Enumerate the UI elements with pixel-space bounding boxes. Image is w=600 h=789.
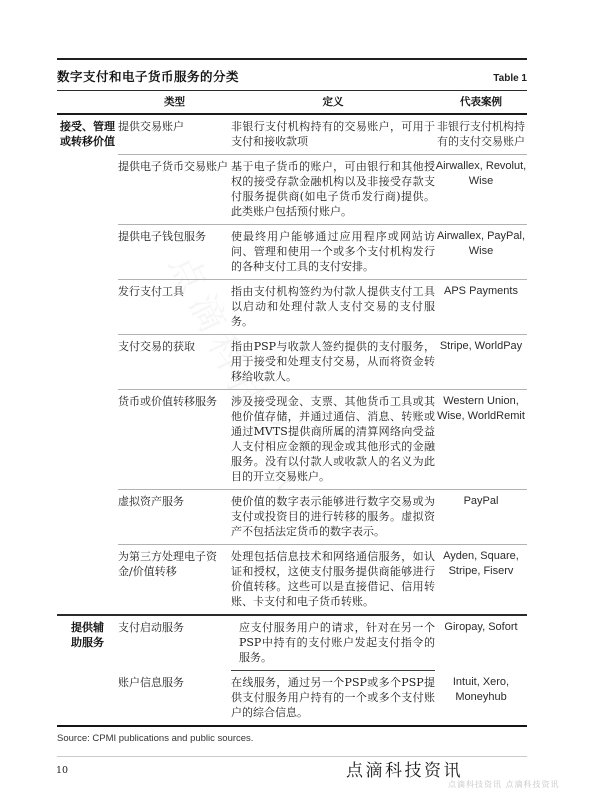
definition-cell: 使价值的数字表示能够进行数字交易或为支付或投资目的进行转移的服务。虚拟资产不包括… [231,490,435,545]
type-cell: 提供电子货币交易账户 [118,155,231,225]
document-title: 数字支付和电子货币服务的分类 [57,67,239,85]
group-label: 接受、管理或转移价值 [59,119,116,149]
group-label: 提供辅助服务 [66,620,109,650]
table-header-row: 类型 定义 代表案例 [57,91,527,115]
header-examples: 代表案例 [435,91,527,115]
table-row: 提供电子货币交易账户 基于电子货币的账户，可由银行和其他授权的接受存款金融机构以… [57,155,527,225]
type-cell: 为第三方处理电子资金/价值转移 [118,545,231,616]
examples-cell: APS Payments [435,280,527,335]
header-spacer-cell [57,91,118,115]
type-cell: 提供交易账户 [118,114,231,155]
header-type: 类型 [118,91,231,115]
classification-table: 类型 定义 代表案例 接受、管理或转移价值 提供交易账户 非银行支付机构持有的交… [57,90,527,727]
footer-watermark: 点滴科技资讯 点滴科技资讯 [448,779,600,789]
definition-cell: 在线服务，通过另一个PSP或多个PSP提供支付服务用户持有的一个或多个支付账户的… [231,671,435,727]
document-page: 点滴科技资讯 数字支付和电子货币服务的分类 Table 1 类型 定义 代表案例 [0,0,600,789]
table-row: 接受、管理或转移价值 提供交易账户 非银行支付机构持有的交易账户，可用于支付和接… [57,114,527,155]
table-row: 账户信息服务 在线服务，通过另一个PSP或多个PSP提供支付服务用户持有的一个或… [57,671,527,727]
examples-cell: Airwallex, PayPal, Wise [435,225,527,280]
type-cell: 账户信息服务 [118,671,231,727]
type-cell: 提供电子钱包服务 [118,225,231,280]
table-row: 发行支付工具 指由支付机构签约为付款人提供支付工具以启动和处理付款人支付交易的支… [57,280,527,335]
group-header-cell: 接受、管理或转移价值 [57,114,118,615]
table-number-label: Table 1 [493,73,527,84]
page-content: 数字支付和电子货币服务的分类 Table 1 类型 定义 代表案例 接受、管理或… [57,58,527,757]
table-row: 虚拟资产服务 使价值的数字表示能够进行数字交易或为支付或投资目的进行转移的服务。… [57,490,527,545]
source-note: Source: CPMI publications and public sou… [57,727,527,756]
table-row: 提供电子钱包服务 使最终用户能够通过应用程序或网站访问、管理和使用一个或多个支付… [57,225,527,280]
group-header-cell: 提供辅助服务 [57,615,118,726]
definition-cell: 指由支付机构签约为付款人提供支付工具以启动和处理付款人支付交易的支付服务。 [231,280,435,335]
examples-cell: Intuit, Xero, Moneyhub [435,671,527,727]
definition-cell: 指由PSP与收款人签约提供的支付服务，用于接受和处理支付交易，从而将资金转移给收… [231,335,435,390]
type-cell: 支付启动服务 [118,615,231,671]
type-cell: 货币或价值转移服务 [118,390,231,490]
definition-cell: 非银行支付机构持有的交易账户，可用于支付和接收款项 [231,114,435,155]
definition-cell: 应支付服务用户的请求，针对在另一个PSP中持有的支付账户发起支付指令的服务。 [231,615,435,671]
examples-cell: Airwallex, Revolut, Wise [435,155,527,225]
page-number: 10 [56,765,68,776]
table-row: 提供辅助服务 支付启动服务 应支付服务用户的请求，针对在另一个PSP中持有的支付… [57,615,527,671]
examples-cell: PayPal [435,490,527,545]
type-cell: 虚拟资产服务 [118,490,231,545]
definition-cell: 基于电子货币的账户，可由银行和其他授权的接受存款金融机构以及非接受存款支付服务提… [231,155,435,225]
examples-cell: Ayden, Square, Stripe, Fiserv [435,545,527,616]
examples-cell: Giropay, Sofort [435,615,527,671]
header-definition: 定义 [231,91,435,115]
table-row: 支付交易的获取 指由PSP与收款人签约提供的支付服务，用于接受和处理支付交易，从… [57,335,527,390]
type-cell: 发行支付工具 [118,280,231,335]
table-row: 为第三方处理电子资金/价值转移 处理包括信息技术和网络通信服务，如认证和授权，这… [57,545,527,616]
definition-cell: 使最终用户能够通过应用程序或网站访问、管理和使用一个或多个支付机构发行的各种支付… [231,225,435,280]
title-bar: 数字支付和电子货币服务的分类 Table 1 [57,58,527,90]
definition-cell: 处理包括信息技术和网络通信服务，如认证和授权，这使支付服务提供商能够进行价值转移… [231,545,435,616]
table-row: 货币或价值转移服务 涉及接受现金、支票、其他货币工具或其他价值存储，并通过通信、… [57,390,527,490]
examples-cell: 非银行支付机构持有的支付交易账户 [435,114,527,155]
examples-cell: Stripe, WorldPay [435,335,527,390]
examples-cell: Western Union, Wise, WorldRemit [435,390,527,490]
type-cell: 支付交易的获取 [118,335,231,390]
brand-footer: 点滴科技资讯 [346,756,463,781]
definition-cell: 涉及接受现金、支票、其他货币工具或其他价值存储，并通过通信、消息、转账或通过MV… [231,390,435,490]
